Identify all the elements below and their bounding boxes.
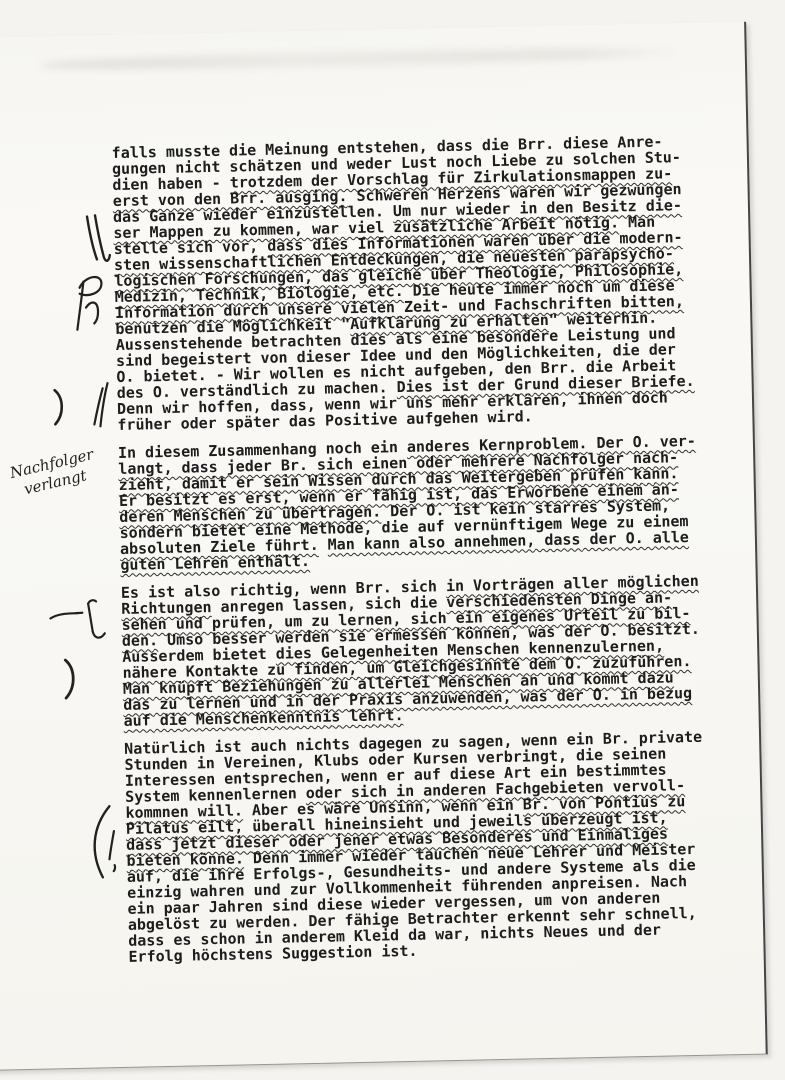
margin-flourish-icon <box>71 273 112 334</box>
margin-paren2-icon <box>60 658 81 700</box>
paragraph: Es ist also richtig, wenn Brr. sich in V… <box>121 572 724 729</box>
document-text: falls musste die Meinung entstehen, dass… <box>112 132 729 976</box>
margin-double-check-icon <box>81 213 112 270</box>
text-segment <box>318 536 327 554</box>
scan-shadow <box>40 45 680 72</box>
scanned-page: falls musste die Meinung entstehen, dass… <box>0 22 768 1072</box>
paragraph: falls musste die Meinung entstehen, dass… <box>112 132 718 433</box>
margin-note-handwriting: Nachfolger verlangt <box>8 445 100 501</box>
margin-open-paren-icon <box>83 803 123 882</box>
margin-dash-check-icon <box>48 597 113 646</box>
margin-tick-icon <box>91 380 114 428</box>
paragraph: Natürlich ist auch nichts dagegen zu sag… <box>124 728 729 965</box>
underlined-text-segment: guten Lehren enthält. <box>120 552 310 574</box>
paragraph: In diesem Zusammenhang noch ein anderes … <box>118 432 721 573</box>
photo-backdrop: falls musste die Meinung entstehen, dass… <box>0 0 785 1080</box>
margin-paren-icon <box>50 388 69 426</box>
